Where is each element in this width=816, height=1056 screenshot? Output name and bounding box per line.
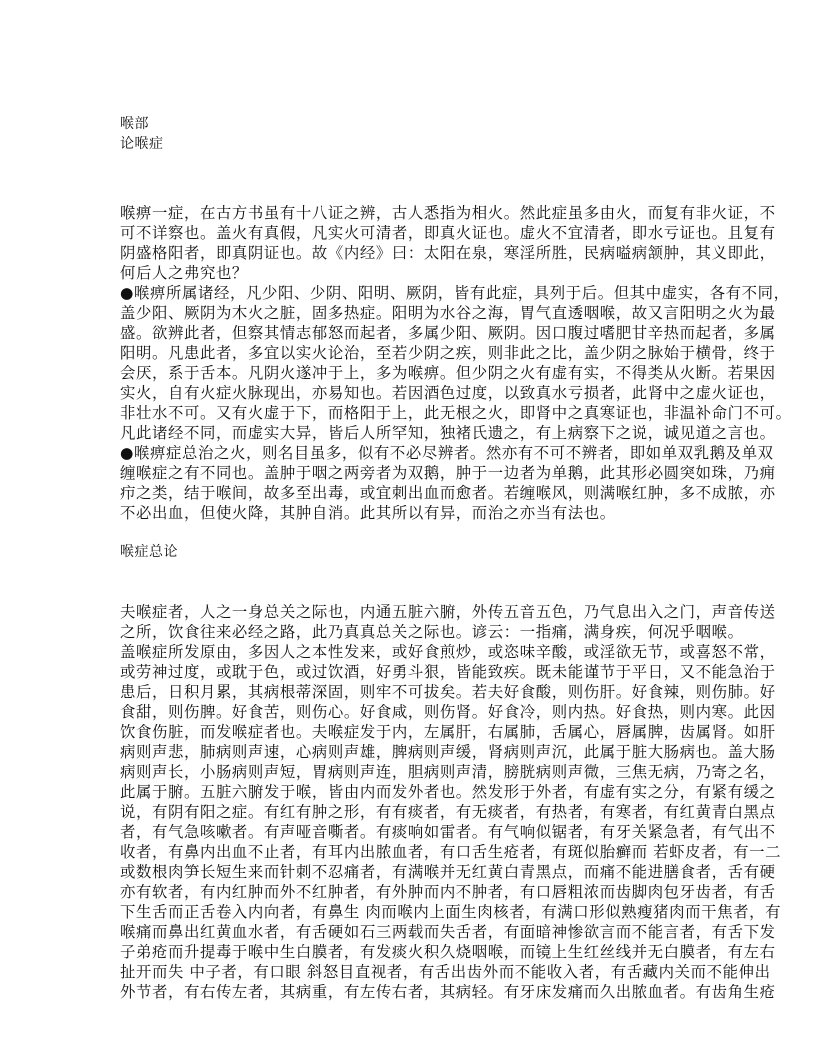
- text-line: 盖喉症所发原由，多因人之本性发来，或好食煎炒，或恣味辛酸，或淫欲无节，或喜怒不常…: [120, 642, 776, 662]
- text-line: 夫喉症者，人之一身总关之际也，内通五脏六腑，外传五音五色，乃气息出入之门，声音传…: [120, 602, 776, 622]
- text-line: 会厌，系于舌本。凡阴火遂冲于上，多为喉痹。但少阴之火有虚有实，不得类从火断。若果…: [120, 363, 776, 383]
- part2-title: 喉症总论: [120, 542, 178, 562]
- text-line: 可不详察也。盖火有真假，凡实火可清者，即真火证也。虚火不宜清者，即水亏证也。且复…: [120, 223, 776, 243]
- text-line: 饮食伤脏，而发喉症者也。夫喉症发于内，左属肝，右属肺，舌属心，唇属脾，齿属肾。如…: [120, 722, 776, 742]
- subsection-title: 论喉症: [120, 134, 164, 154]
- text-line: 患后，日积月累，其病根蒂深固，则牢不可拔矣。若夫好食酸，则伤肝。好食辣，则伤肺。…: [120, 682, 776, 702]
- text-line: 食甜，则伤脾。好食苦，则伤心。好食咸，则伤肾。好食冷，则内热。好食热，则内寒。此…: [120, 702, 776, 722]
- text-line: 不必出血，但使火降，其肿自消。此其所以有异，而治之亦当有法也。: [120, 503, 616, 523]
- text-line: 下生舌而正舌卷入内向者，有鼻生 肉而喉内上面生肉核者，有满口形似熟瘦猪肉而干焦者…: [120, 902, 781, 922]
- text-line: 非壮水不可。又有火虚于下，而格阳于上，此无根之火，即肾中之真寒证也，非温补命门不…: [120, 403, 792, 423]
- bullet-paragraph-line: ●喉痹所属诸经，凡少阳、少阴、阳明、厥阴，皆有此症，具列于后。但其中虚实，各有不…: [120, 283, 790, 303]
- text-line: 盛。欲辨此者，但察其情志郁怒而起者，多属少阳、厥阴。因口腹过嗜肥甘辛热而起者，多…: [120, 323, 776, 343]
- text-line: 收者，有鼻内出血不止者，有耳内出脓血者，有口舌生疮者，有斑似胎癣而 若虾皮者，有…: [120, 842, 781, 862]
- text-line: 者，有气急咳嗽者。有声哑音嘶者。有痰响如雷者。有气响似锯者，有牙关紧急者，有气出…: [120, 822, 776, 842]
- text-line: 喉痹一症，在古方书虽有十八证之辨，古人悉指为相火。然此症虽多由火，而复有非火证，…: [120, 203, 776, 223]
- text-line: 此属于腑。五脏六腑发于喉，皆由内而发外者也。然发形于外者，有虚有实之分，有紧有缓…: [120, 782, 776, 802]
- bullet-paragraph-line: ●喉痹症总治之火，则名目虽多，似有不必尽辨者。然亦有不可不辨者，即如单双乳鹅及单…: [120, 443, 774, 463]
- text-line: 凡此诸经不同，而虚实大异，皆后人所罕知，独褚氏遗之，有上病察下之说，诚见道之言也…: [120, 423, 776, 443]
- text-line: 何后人之弗究也？: [120, 263, 248, 283]
- text-line: 缠喉症之有不同也。盖肿于咽之两旁者为双鹅，肿于一边者为单鹅，此其形必圆突如珠，乃…: [120, 463, 776, 483]
- text-line: 喉痛而鼻出红黄血水者，有舌硬如石三两载而失舌者，有面暗神惨欲言而不能言者，有舌下…: [120, 922, 776, 942]
- text-line: 或数根肉笋长短生来而针刺不忍痛者，有满喉并无红黄白青黑点，而痛不能进膳食者，舌有…: [120, 862, 776, 882]
- text-line: 疖之类，结于喉间，故多至出毒，或宜刺出血而愈者。若缠喉风，则满喉红肿，多不成脓，…: [120, 483, 776, 503]
- text-line: 外节者，有右传左者，其病重，有左传右者，其病轻。有牙床发痛而久出脓血者。有齿角生…: [120, 982, 776, 1002]
- text-line: 盖少阳、厥阴为木火之脏，固多热症。阳明为水谷之海，胃气直透咽喉，故又言阳明之火为…: [120, 303, 776, 323]
- text-line: 亦有软者，有内红肿而外不红肿者，有外肿而内不肿者，有口唇粗浓而齿脚肉包牙齿者，有…: [120, 882, 776, 902]
- text-line: 扯开而失 中子者，有口眼 斜怒目直视者，有舌出齿外而不能收入者，有舌藏内关而不能…: [120, 962, 771, 982]
- text-line: 阴盛格阳者，即真阴证也。故《内经》曰：太阳在泉，寒淫所胜，民病嗌病颔肿，其义即此…: [120, 243, 776, 263]
- text-line: 实火，自有火症火脉现出，亦易知也。若因酒色过度，以致真水亏损者，此肾中之虚火证也…: [120, 383, 776, 403]
- text-line: 之所，饮食往来必经之路，此乃真真总关之际也。谚云：一指痛，满身疾，何况乎咽喉。: [120, 622, 744, 642]
- section-title: 喉部: [120, 114, 149, 134]
- text-line: 或劳神过度，或耽于色，或过饮酒，好勇斗狠，皆能致疾。既未能谨节于平日，又不能急治…: [120, 662, 776, 682]
- text-line: 阳明。凡患此者，多宜以实火论治，至若少阴之疾，则非此之比，盖少阴之脉始于横骨，终…: [120, 343, 776, 363]
- text-line: 病则声悲，肺病则声速，心病则声雄，脾病则声缓，肾病则声沉，此属于脏大肠病也。盖大…: [120, 742, 776, 762]
- text-line: 说，有阴有阳之症。有红有肿之形，有有痰者，有无痰者，有热者，有寒者，有红黄青白黑…: [120, 802, 776, 822]
- text-line: 病则声长，小肠病则声短，胃病则声连，胆病则声清，膀胱病则声微，三焦无病，乃寄之名…: [120, 762, 776, 782]
- text-line: 子弟疮而升提毒于喉中生白膜者，有发痰火积久烧咽喉，而镜上生红丝线并无白膜者，有左…: [120, 942, 776, 962]
